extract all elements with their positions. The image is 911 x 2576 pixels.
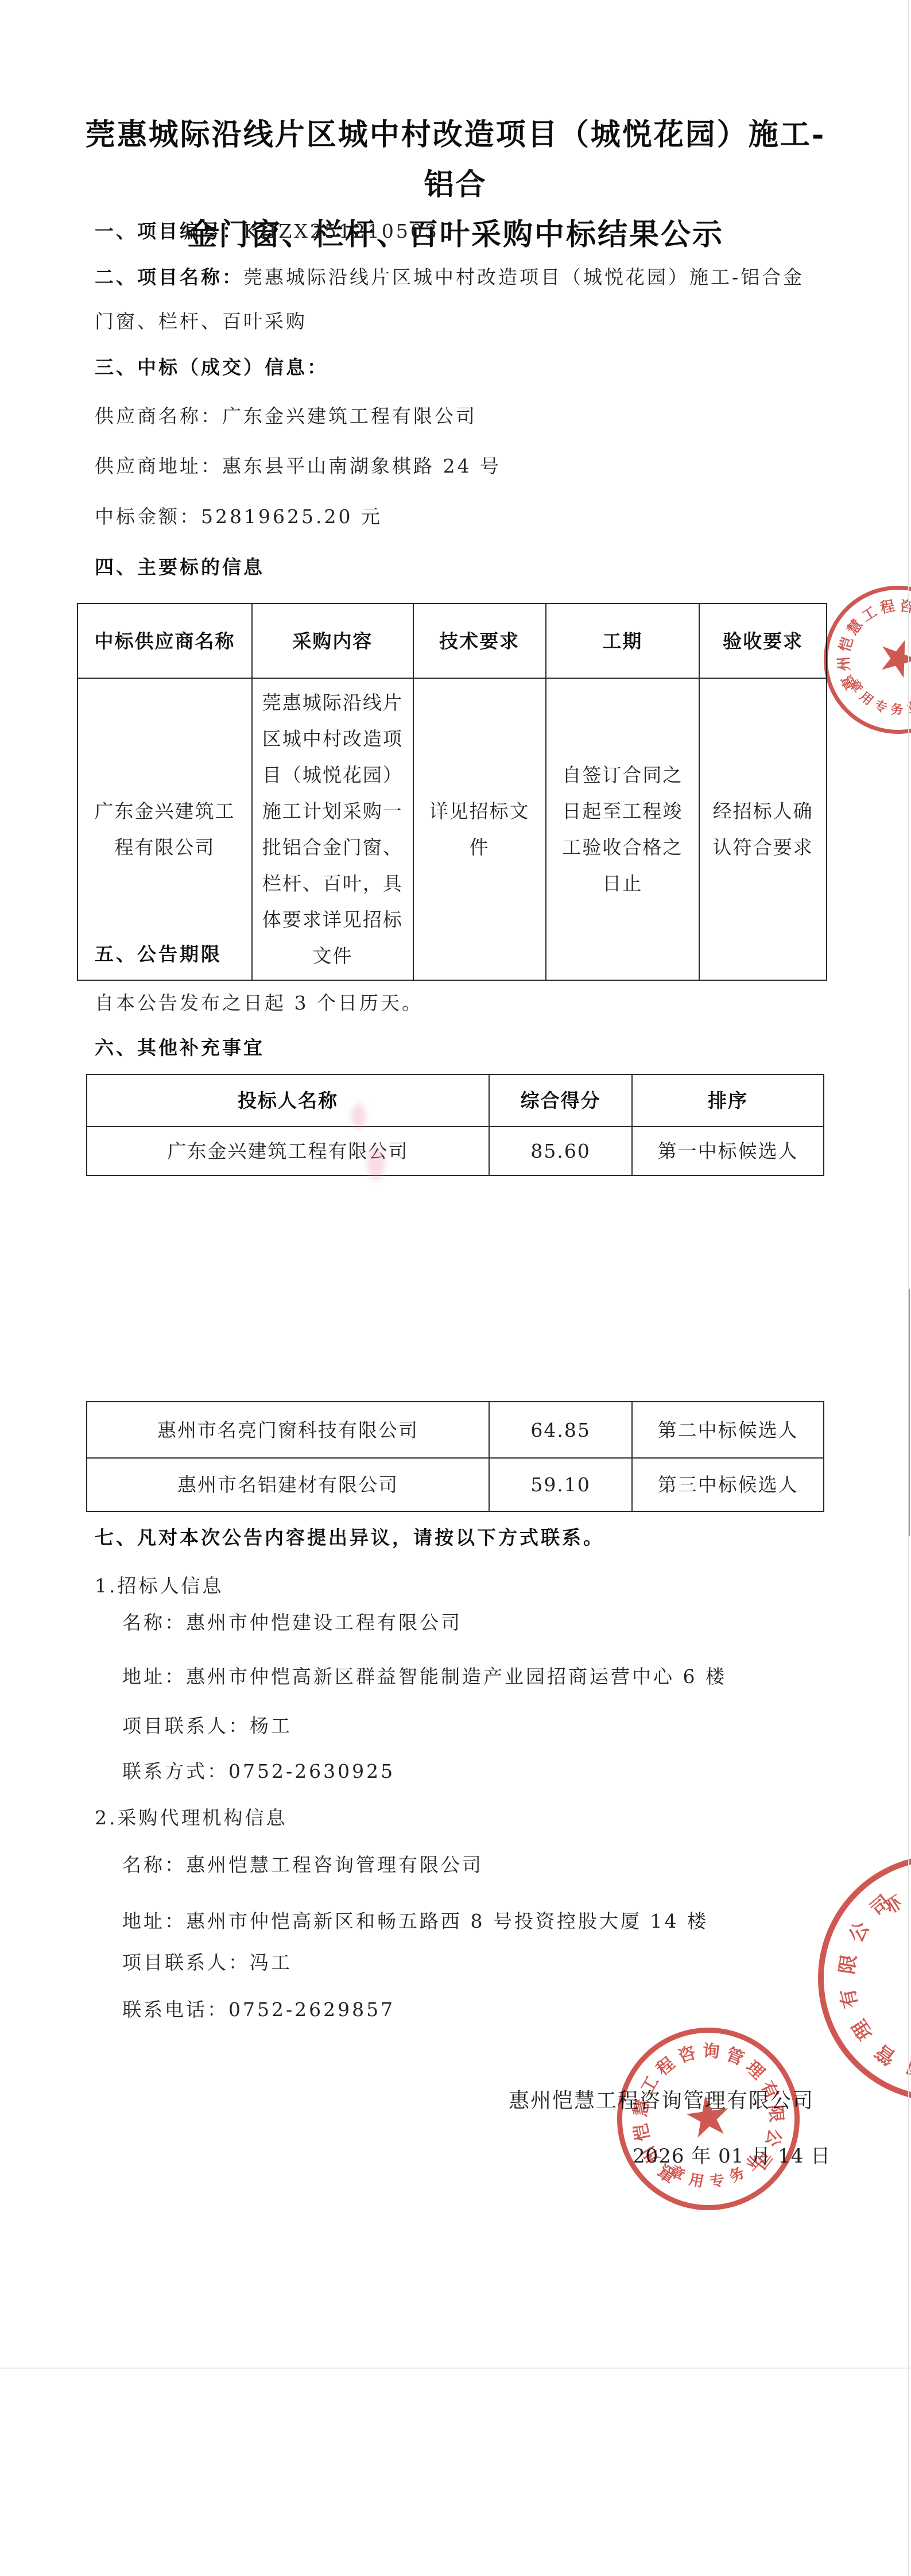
award-amount-line: 中标金额：52819625.20 元	[95, 505, 382, 529]
project-name-value-line1: 莞惠城际沿线片区城中村改造项目（城悦花园）施工-铝合金	[243, 266, 804, 288]
bidder-1-score: 85.60	[489, 1127, 632, 1175]
company-seal-top-right: 惠州恺慧工程咨询管理有限公司业务专用章★	[824, 586, 911, 734]
page-title-line1: 莞惠城际沿线片区城中村改造项目（城悦花园）施工-铝合	[80, 110, 831, 210]
bidder-table-header-row: 投标人名称 综合得分 排序	[87, 1074, 824, 1127]
bidder-3-rank: 第三中标候选人	[632, 1458, 824, 1511]
bidder-row-3: 惠州市名铝建材有限公司 59.10 第三中标候选人	[87, 1458, 824, 1511]
scan-page-edge-segment	[909, 1289, 910, 1536]
main-subject-table-row: 广东金兴建筑工程有限公司 莞惠城际沿线片区城中村改造项目（城悦花园）施工计划采购…	[77, 678, 827, 980]
section-award-info-heading: 三、中标（成交）信息：	[95, 355, 328, 380]
section-project-name-label: 二、项目名称：	[95, 266, 243, 288]
section-objection-heading: 七、凡对本次公告内容提出异议，请按以下方式联系。	[95, 1526, 604, 1550]
tenderer-address-line: 地址：惠州市仲恺高新区群益智能制造产业园招商运营中心 6 楼	[122, 1665, 727, 1689]
scan-page-edge-line	[908, 0, 909, 2576]
bidder-1-rank: 第一中标候选人	[632, 1127, 824, 1175]
col-header-bidder: 投标人名称	[87, 1074, 489, 1127]
main-subject-table: 中标供应商名称 采购内容 技术要求 工期 验收要求 广东金兴建筑工程有限公司 莞…	[77, 603, 827, 981]
cell-acceptance: 经招标人确认符合要求	[699, 678, 827, 980]
bidder-2-rank: 第二中标候选人	[632, 1402, 824, 1458]
col-header-acceptance: 验收要求	[699, 604, 827, 678]
notice-period-body: 自本公告发布之日起 3 个日历天。	[95, 991, 423, 1015]
col-header-rank: 排序	[632, 1074, 824, 1127]
bidder-3-name: 惠州市名铝建材有限公司	[87, 1458, 489, 1511]
agency-phone-line: 联系电话：0752-2629857	[122, 1998, 395, 2022]
page-separator-line	[0, 2368, 911, 2369]
company-seal-right-edge: 惠州恺慧工程咨询管理有限公司业务专用章★	[818, 1855, 911, 2102]
tenderer-name-line: 名称：惠州市仲恺建设工程有限公司	[122, 1611, 462, 1635]
agency-contact-line: 项目联系人：冯工	[122, 1951, 292, 1975]
col-header-content: 采购内容	[252, 604, 413, 678]
col-header-tech: 技术要求	[413, 604, 546, 678]
bidder-1-name: 广东金兴建筑工程有限公司	[87, 1127, 489, 1175]
tenderer-contact-line: 项目联系人：杨工	[122, 1714, 292, 1738]
scan-ink-smudge	[351, 1104, 366, 1129]
agency-name-line: 名称：惠州恺慧工程咨询管理有限公司	[122, 1853, 483, 1877]
agency-address-line: 地址：惠州市仲恺高新区和畅五路西 8 号投资控股大厦 14 楼	[122, 1909, 708, 1933]
main-subject-table-header-row: 中标供应商名称 采购内容 技术要求 工期 验收要求	[77, 604, 827, 678]
col-header-duration: 工期	[546, 604, 700, 678]
project-number-value: KHZX251210503	[243, 220, 439, 242]
bidder-score-table-part2: 惠州市名亮门窗科技有限公司 64.85 第二中标候选人 惠州市名铝建材有限公司 …	[86, 1401, 824, 1512]
bidder-row-1: 广东金兴建筑工程有限公司 85.60 第一中标候选人	[87, 1127, 824, 1175]
bidder-row-2: 惠州市名亮门窗科技有限公司 64.85 第二中标候选人	[87, 1402, 824, 1458]
tenderer-phone-line: 联系方式：0752-2630925	[122, 1759, 395, 1784]
section-main-subject-heading: 四、主要标的信息	[95, 555, 265, 579]
document-page: 莞惠城际沿线片区城中村改造项目（城悦花园）施工-铝合 金门窗、栏杆、百叶采购中标…	[0, 0, 911, 2576]
cell-tech: 详见招标文件	[413, 678, 546, 980]
section-notice-period-heading: 五、公告期限	[95, 942, 222, 966]
cell-duration: 自签订合同之日起至工程竣工验收合格之日止	[546, 678, 700, 980]
bidder-2-name: 惠州市名亮门窗科技有限公司	[87, 1402, 489, 1458]
col-header-score: 综合得分	[489, 1074, 632, 1127]
supplier-name-line: 供应商名称：广东金兴建筑工程有限公司	[95, 404, 477, 428]
scan-ink-smudge	[367, 1146, 385, 1181]
tenderer-info-heading: 1.招标人信息	[95, 1574, 224, 1598]
cell-supplier: 广东金兴建筑工程有限公司	[77, 678, 252, 980]
section-project-number-label: 一、项目编号：	[95, 220, 243, 242]
supplier-address-line: 供应商地址：惠东县平山南湖象棋路 24 号	[95, 454, 501, 478]
section-project-number: 一、项目编号：KHZX251210503	[95, 219, 439, 243]
company-seal-signature: 惠州恺慧工程咨询管理有限公司业务专用章★	[617, 2028, 800, 2210]
seal-artwork: 惠州恺慧工程咨询管理有限公司业务专用章★	[611, 2022, 806, 2217]
cell-content: 莞惠城际沿线片区城中村改造项目（城悦花园）施工计划采购一批铝合金门窗、栏杆、百叶…	[252, 678, 413, 980]
seal-artwork: 惠州恺慧工程咨询管理有限公司业务专用章★	[814, 1851, 911, 2106]
bidder-3-score: 59.10	[489, 1458, 632, 1511]
section-project-name-line2: 门窗、栏杆、百叶采购	[95, 310, 307, 334]
project-name-value-line2: 门窗、栏杆、百叶采购	[95, 310, 307, 332]
bidder-2-score: 64.85	[489, 1402, 632, 1458]
section-supplementary-heading: 六、其他补充事宜	[95, 1036, 265, 1060]
section-project-name-line1: 二、项目名称：莞惠城际沿线片区城中村改造项目（城悦花园）施工-铝合金	[95, 265, 804, 289]
bidder-score-table-part1: 投标人名称 综合得分 排序 广东金兴建筑工程有限公司 85.60 第一中标候选人	[86, 1074, 824, 1176]
col-header-supplier: 中标供应商名称	[77, 604, 252, 678]
agency-info-heading: 2.采购代理机构信息	[95, 1806, 288, 1830]
